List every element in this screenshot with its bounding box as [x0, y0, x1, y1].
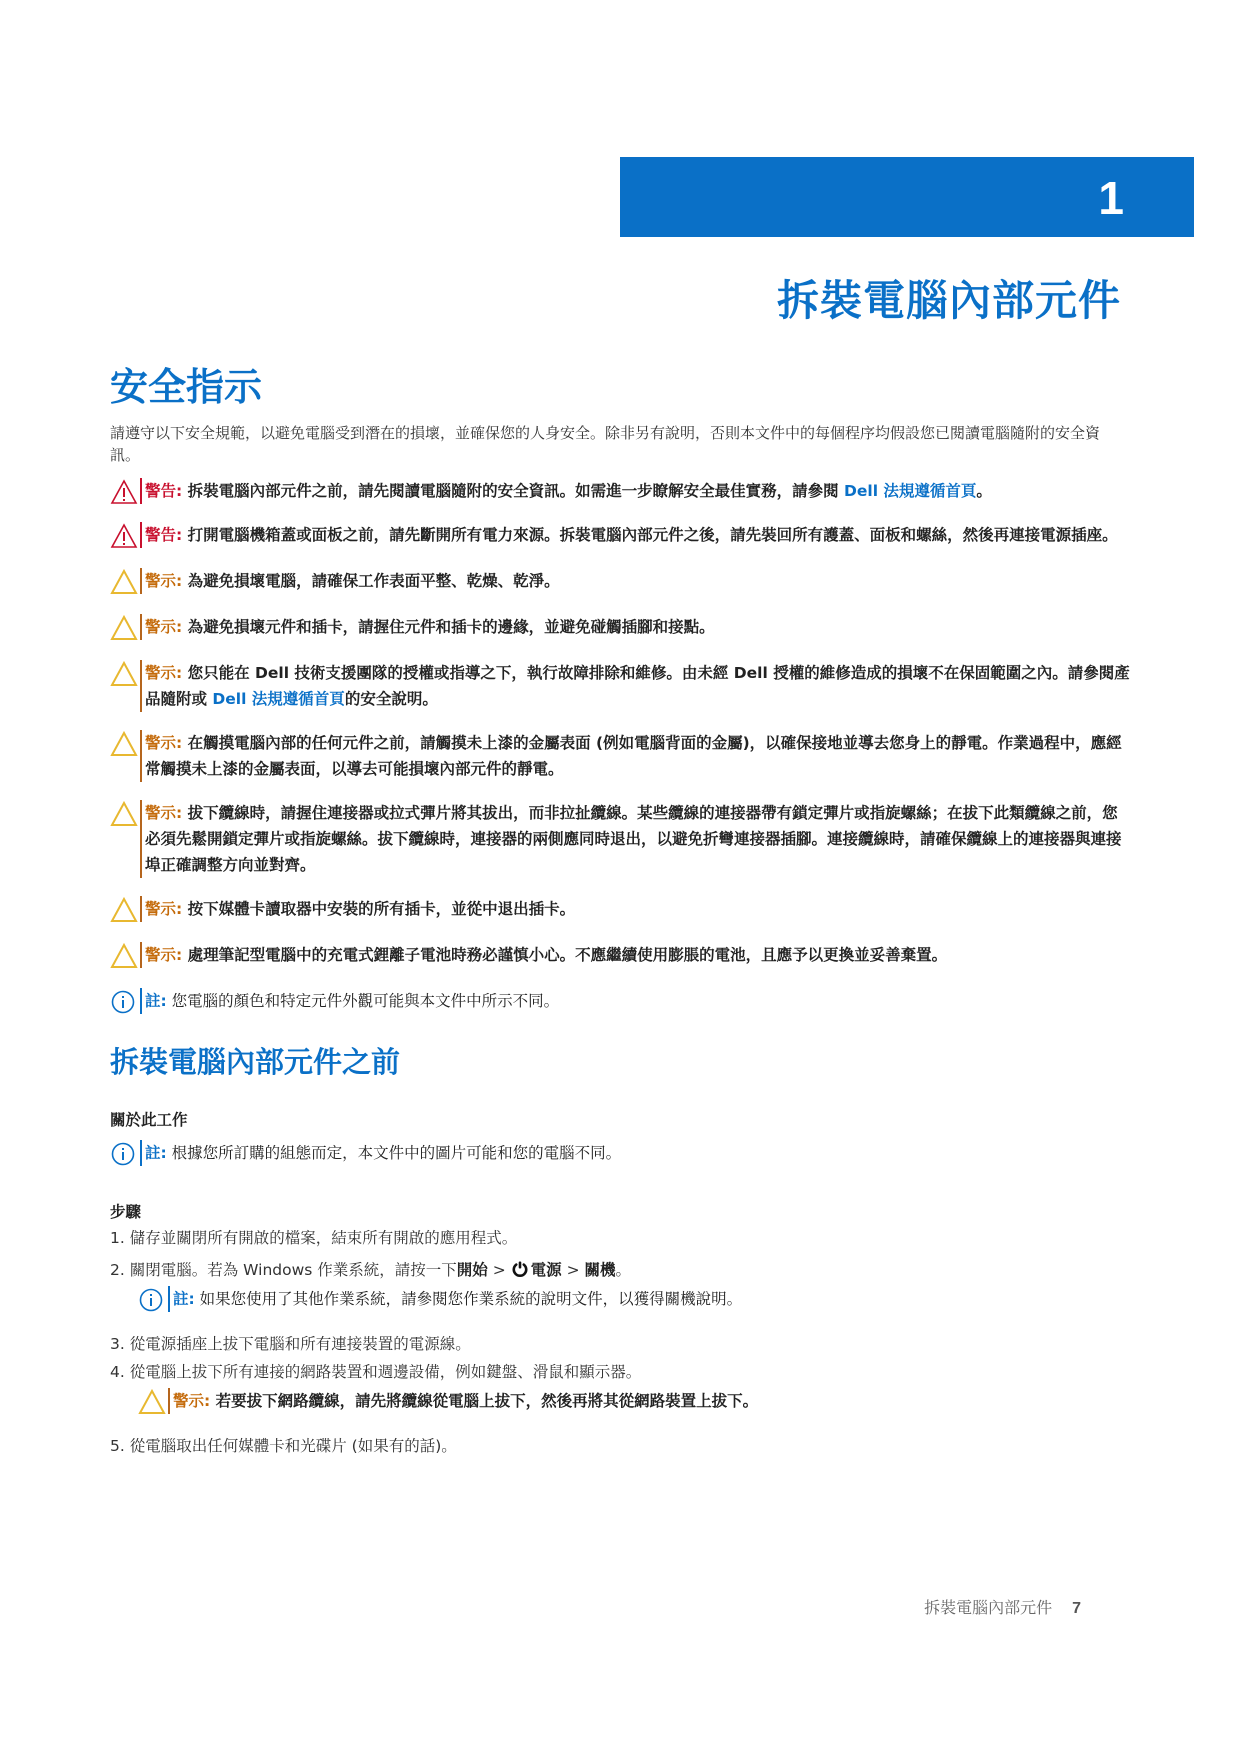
separator: > [562, 1261, 585, 1279]
step-text: 從電源插座上拔下電腦和所有連接裝置的電源線。 [130, 1335, 471, 1353]
note-label: 註: [173, 1290, 195, 1308]
caution-notice: 警示: 為避免損壞元件和插卡，請握住元件和插卡的邊緣，並避免碰觸插腳和接點。 [110, 614, 1130, 642]
notice-text: 處理筆記型電腦中的充電式鋰離子電池時務必謹慎小心。不應繼續使用膨脹的電池，且應予… [182, 946, 947, 964]
caution-triangle-icon [110, 800, 138, 828]
steps-label: 步驟 [110, 1200, 141, 1222]
note-text: 如果您使用了其他作業系統，請參閱您作業系統的說明文件，以獲得關機說明。 [195, 1290, 742, 1308]
note-label: 註: [145, 992, 167, 1010]
caution-label: 警示: [145, 946, 182, 964]
chapter-bar: 1 [620, 157, 1194, 237]
caution-label: 警示: [145, 804, 182, 822]
step-item: 5. 從電腦取出任何媒體卡和光碟片 (如果有的話)。 [110, 1432, 1110, 1460]
warning-label: 警告: [145, 526, 182, 544]
step-number: 4. [110, 1363, 125, 1381]
caution-label: 警示: [145, 664, 182, 682]
safety-intro: 請遵守以下安全規範，以避免電腦受到潛在的損壞，並確保您的人身安全。除非另有說明，… [110, 422, 1120, 466]
step-text: 從電腦取出任何媒體卡和光碟片 (如果有的話)。 [125, 1437, 457, 1455]
step-text: 儲存並關閉所有開啟的檔案，結束所有開啟的應用程式。 [130, 1229, 518, 1247]
step-number: 3. [110, 1335, 125, 1353]
caution-label: 警示: [173, 1392, 210, 1410]
caution-triangle-icon [110, 942, 138, 970]
caution-triangle-icon [110, 568, 138, 596]
notice-text: 為避免損壞電腦，請確保工作表面平整、乾燥、乾淨。 [182, 572, 559, 590]
dell-regulatory-link[interactable]: Dell 法規遵循首頁 [844, 482, 976, 500]
note-notice: 註: 根據您所訂購的組態而定，本文件中的圖片可能和您的電腦不同。 [110, 1140, 1110, 1168]
caution-triangle-icon [138, 1388, 166, 1416]
step-text: 關閉電腦。若為 Windows 作業系統，請按一下 [130, 1261, 457, 1279]
note-notice: 註: 如果您使用了其他作業系統，請參閱您作業系統的說明文件，以獲得關機說明。 [138, 1286, 1110, 1314]
chapter-number: 1 [1098, 171, 1124, 225]
step-item: 2. 關閉電腦。若為 Windows 作業系統，請按一下開始 > 電源 > 關機… [110, 1256, 1110, 1284]
notice-text: 打開電腦機箱蓋或面板之前，請先斷開所有電力來源。拆裝電腦內部元件之後，請先裝回所… [182, 526, 1117, 544]
notice-text: 為避免損壞元件和插卡，請握住元件和插卡的邊緣，並避免碰觸插腳和接點。 [182, 618, 714, 636]
caution-notice: 警示: 在觸摸電腦內部的任何元件之前，請觸摸未上漆的金屬表面 (例如電腦背面的金… [110, 730, 1130, 782]
warning-notice: 警告: 打開電腦機箱蓋或面板之前，請先斷開所有電力來源。拆裝電腦內部元件之後，請… [110, 522, 1130, 550]
caution-text: 若要拔下網路纜線，請先將纜線從電腦上拔下，然後再將其從網路裝置上拔下。 [210, 1392, 758, 1410]
caution-triangle-icon [110, 614, 138, 642]
caution-label: 警示: [145, 618, 182, 636]
caution-notice: 警示: 若要拔下網路纜線，請先將纜線從電腦上拔下，然後再將其從網路裝置上拔下。 [138, 1388, 1110, 1416]
note-label: 註: [145, 1144, 167, 1162]
caution-label: 警示: [145, 572, 182, 590]
dell-regulatory-link[interactable]: Dell 法規遵循首頁 [212, 690, 344, 708]
warning-notice: 警告: 拆裝電腦內部元件之前，請先閱讀電腦隨附的安全資訊。如需進一步瞭解安全最佳… [110, 478, 1130, 506]
caution-notice: 警示: 您只能在 Dell 技術支援團隊的授權或指導之下，執行故障排除和維修。由… [110, 660, 1130, 712]
info-circle-icon [138, 1286, 166, 1314]
caution-triangle-icon [110, 896, 138, 924]
notice-text: 按下媒體卡讀取器中安裝的所有插卡，並從中退出插卡。 [182, 900, 575, 918]
step-item: 3. 從電源插座上拔下電腦和所有連接裝置的電源線。 [110, 1330, 1110, 1358]
warning-triangle-icon [110, 478, 138, 506]
page-number: 7 [1072, 1600, 1081, 1617]
section-heading-safety: 安全指示 [110, 356, 262, 411]
step-text-end: 。 [616, 1261, 632, 1279]
step-item: 4. 從電腦上拔下所有連接的網路裝置和週邊設備，例如鍵盤、滑鼠和顯示器。 [110, 1358, 1110, 1386]
warning-triangle-icon [110, 522, 138, 550]
step-number: 1. [110, 1229, 125, 1247]
caution-notice: 警示: 按下媒體卡讀取器中安裝的所有插卡，並從中退出插卡。 [110, 896, 1130, 924]
caution-triangle-icon [110, 730, 138, 758]
notice-text: 拔下纜線時，請握住連接器或拉式彈片將其拔出，而非拉扯纜線。某些纜線的連接器帶有鎖… [145, 804, 1122, 874]
caution-notice: 警示: 拔下纜線時，請握住連接器或拉式彈片將其拔出，而非拉扯纜線。某些纜線的連接… [110, 800, 1130, 878]
shutdown-label: 關機 [585, 1261, 616, 1279]
note-text: 根據您所訂購的組態而定，本文件中的圖片可能和您的電腦不同。 [167, 1144, 621, 1162]
section-heading-before: 拆裝電腦內部元件之前 [110, 1040, 400, 1081]
info-circle-icon [110, 1140, 138, 1168]
page-footer: 拆裝電腦內部元件7 [924, 1595, 1081, 1618]
caution-notice: 警示: 處理筆記型電腦中的充電式鋰離子電池時務必謹慎小心。不應繼續使用膨脹的電池… [110, 942, 1130, 970]
notice-text: 拆裝電腦內部元件之前，請先閱讀電腦隨附的安全資訊。如需進一步瞭解安全最佳實務，請… [182, 482, 844, 500]
notice-text-end: 的安全說明。 [345, 690, 438, 708]
chapter-title: 拆裝電腦內部元件 [777, 268, 1121, 328]
step-item: 1. 儲存並關閉所有開啟的檔案，結束所有開啟的應用程式。 [110, 1224, 1110, 1252]
notice-text: 您電腦的顏色和特定元件外觀可能與本文件中所示不同。 [167, 992, 559, 1010]
notice-text-end: 。 [976, 482, 992, 500]
steps-list: 1. 儲存並關閉所有開啟的檔案，結束所有開啟的應用程式。 2. 關閉電腦。若為 … [110, 1224, 1110, 1460]
power-icon [511, 1260, 529, 1278]
caution-triangle-icon [110, 660, 138, 688]
step-number: 5. [110, 1437, 125, 1455]
start-menu-label: 開始 [457, 1261, 488, 1279]
separator: > [488, 1261, 511, 1279]
caution-label: 警示: [145, 734, 182, 752]
step-text: 從電腦上拔下所有連接的網路裝置和週邊設備，例如鍵盤、滑鼠和顯示器。 [130, 1363, 642, 1381]
info-circle-icon [110, 988, 138, 1016]
power-label: 電源 [531, 1261, 562, 1279]
warning-label: 警告: [145, 482, 182, 500]
footer-section-title: 拆裝電腦內部元件 [924, 1598, 1052, 1617]
note-notice: 註: 您電腦的顏色和特定元件外觀可能與本文件中所示不同。 [110, 988, 1130, 1016]
about-task-label: 關於此工作 [110, 1108, 188, 1130]
step-number: 2. [110, 1261, 125, 1279]
caution-notice: 警示: 為避免損壞電腦，請確保工作表面平整、乾燥、乾淨。 [110, 568, 1130, 596]
notice-text: 在觸摸電腦內部的任何元件之前，請觸摸未上漆的金屬表面 (例如電腦背面的金屬)，以… [145, 734, 1122, 778]
safety-notices: 警告: 拆裝電腦內部元件之前，請先閱讀電腦隨附的安全資訊。如需進一步瞭解安全最佳… [110, 478, 1130, 1034]
caution-label: 警示: [145, 900, 182, 918]
